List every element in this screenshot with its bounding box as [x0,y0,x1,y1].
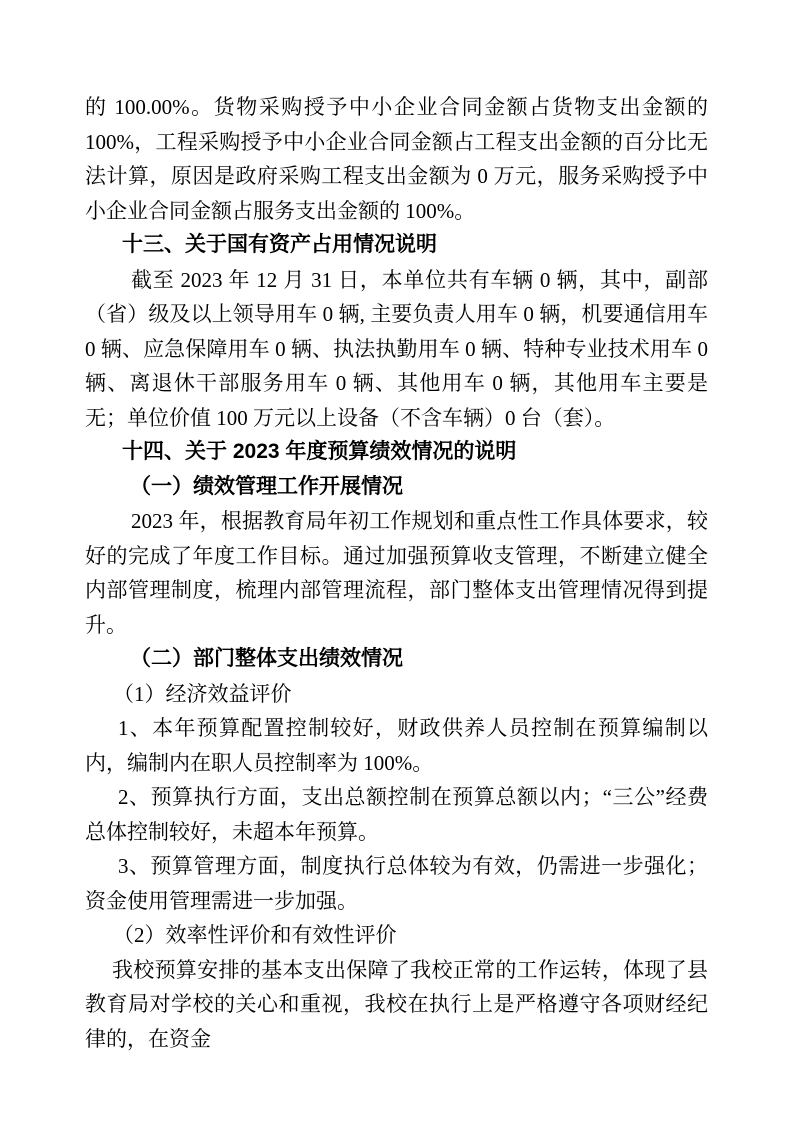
section-heading-13: 十三、关于国有资产占用情况说明 [85,228,708,263]
paragraph-numbered-3: 3、预算管理方面，制度执行总体较为有效，仍需进一步强化；资金使用管理需进一步加强… [85,849,708,918]
document-body: 的 100.00%。货物采购授予中小企业合同金额占货物支出金额的 100%，工程… [85,90,708,1056]
section-heading-14: 十四、关于 2023 年度预算绩效情况的说明 [85,435,708,470]
paragraph-performance-management: 2023 年，根据教育局年初工作规划和重点性工作具体要求，较好的完成了年度工作目… [85,504,708,642]
paragraph-procurement-continuation: 的 100.00%。货物采购授予中小企业合同金额占货物支出金额的 100%，工程… [85,90,708,228]
item-heading-economic-benefit: （1）经济效益评价 [85,677,708,712]
paragraph-numbered-2: 2、预算执行方面，支出总额控制在预算总额以内；“三公”经费总体控制较好，未超本年… [85,780,708,849]
paragraph-numbered-1: 1、本年预算配置控制较好，财政供养人员控制在预算编制以内，编制内在职人员控制率为… [85,711,708,780]
paragraph-state-assets: 截至 2023 年 12 月 31 日，本单位共有车辆 0 辆，其中，副部（省）… [85,263,708,436]
sub-heading-14-2: （二）部门整体支出绩效情况 [85,642,708,677]
document-page: 的 100.00%。货物采购授予中小企业合同金额占货物支出金额的 100%，工程… [0,0,793,1122]
item-heading-efficiency: （2）效率性评价和有效性评价 [85,918,708,953]
sub-heading-14-1: （一）绩效管理工作开展情况 [85,470,708,505]
paragraph-school-budget: 我校预算安排的基本支出保障了我校正常的工作运转，体现了县教育局对学校的关心和重视… [85,953,708,1057]
